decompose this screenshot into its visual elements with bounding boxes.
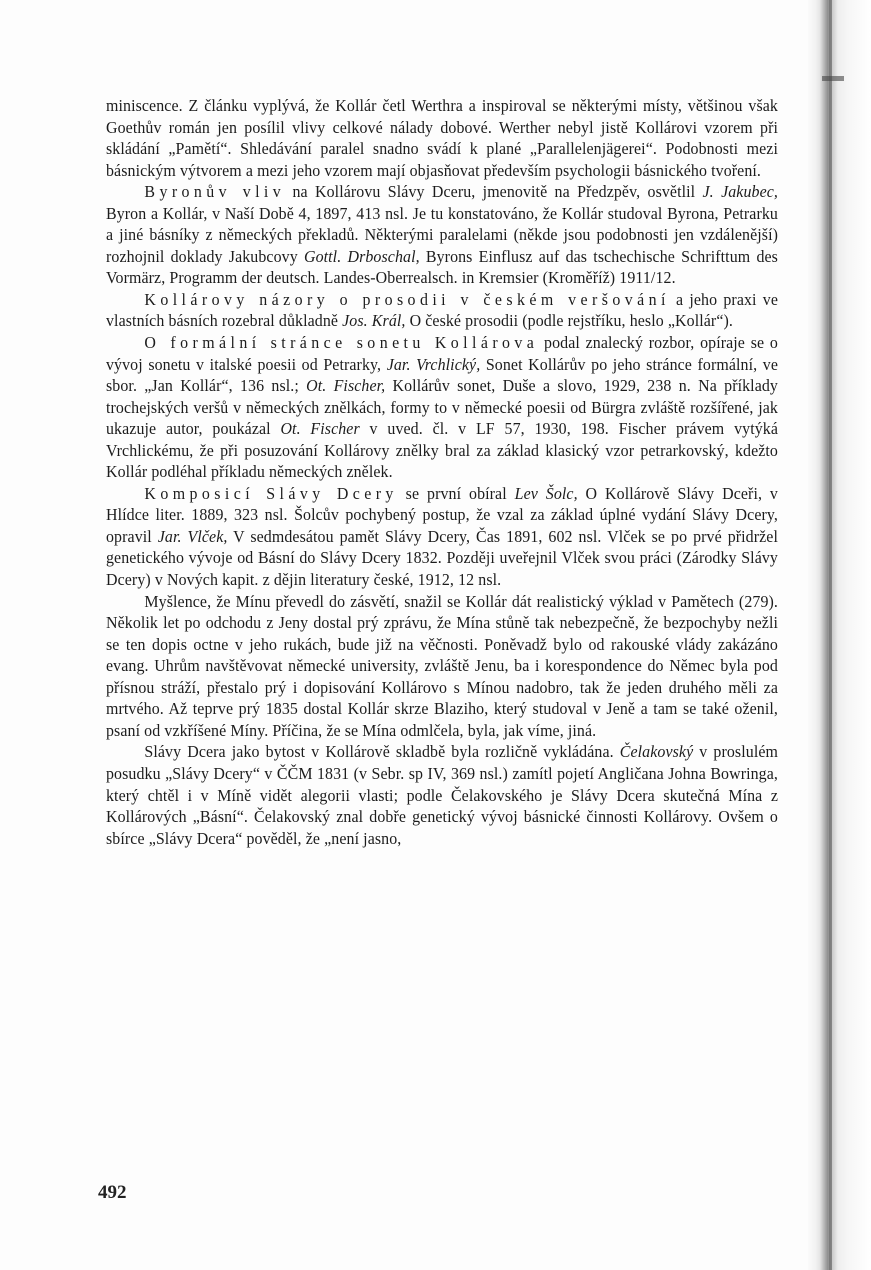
paragraph-text: miniscence. Z článku vyplývá, že Kollár …	[106, 96, 778, 180]
paragraph-text: Slávy Dcera jako bytost v Kollárově skla…	[144, 742, 619, 761]
section-lead-phrase: Kollárovy názory o prosodii v českém ver…	[144, 290, 669, 309]
section-lead-phrase: Byronův vliv	[144, 182, 285, 201]
paragraph-text: se první obíral	[398, 484, 515, 503]
citation-author: Lev Šolc,	[515, 484, 578, 503]
paragraph: Myšlence, že Mínu převedl do zásvětí, sn…	[106, 591, 778, 742]
citation-author: Ot. Fischer,	[306, 376, 385, 395]
book-gutter-line	[829, 0, 832, 1270]
paragraph-text: Myšlence, že Mínu převedl do zásvětí, sn…	[106, 592, 778, 740]
paragraph-text: O české prosodii (podle rejstříku, heslo…	[405, 311, 732, 330]
section-lead-phrase: Komposicí Slávy Dcery	[144, 484, 397, 503]
citation-author: Jar. Vlček,	[158, 527, 228, 546]
paragraph: Slávy Dcera jako bytost v Kollárově skla…	[106, 741, 778, 849]
citation-author: Jos. Král,	[342, 311, 405, 330]
paragraph: O formální stránce sonetu Kollárova poda…	[106, 332, 778, 483]
page-number: 492	[98, 1182, 127, 1204]
book-page: miniscence. Z článku vyplývá, že Kollár …	[0, 0, 871, 1270]
citation-author: Čelakovský	[620, 742, 694, 761]
citation-author: Ot. Fischer	[280, 419, 359, 438]
paragraph: Byronův vliv na Kollárovu Slávy Dceru, j…	[106, 181, 778, 289]
paragraph: miniscence. Z článku vyplývá, že Kollár …	[106, 95, 778, 181]
paragraph: Kollárovy názory o prosodii v českém ver…	[106, 289, 778, 332]
section-lead-phrase: O formální stránce sonetu Kollárova	[144, 333, 538, 352]
citation-author: Jar. Vrchlický,	[387, 355, 481, 374]
citation-author: J. Jakubec,	[703, 182, 778, 201]
paragraph-text: na Kollárovu Slávy Dceru, jmenovitě na P…	[285, 182, 702, 201]
binding-thread-mark	[822, 76, 844, 81]
paragraph: Komposicí Slávy Dcery se první obíral Le…	[106, 483, 778, 591]
body-text: miniscence. Z článku vyplývá, že Kollár …	[106, 95, 778, 849]
citation-author: Gottl. Drboschal,	[304, 247, 420, 266]
book-binding-shadow	[808, 0, 871, 1270]
